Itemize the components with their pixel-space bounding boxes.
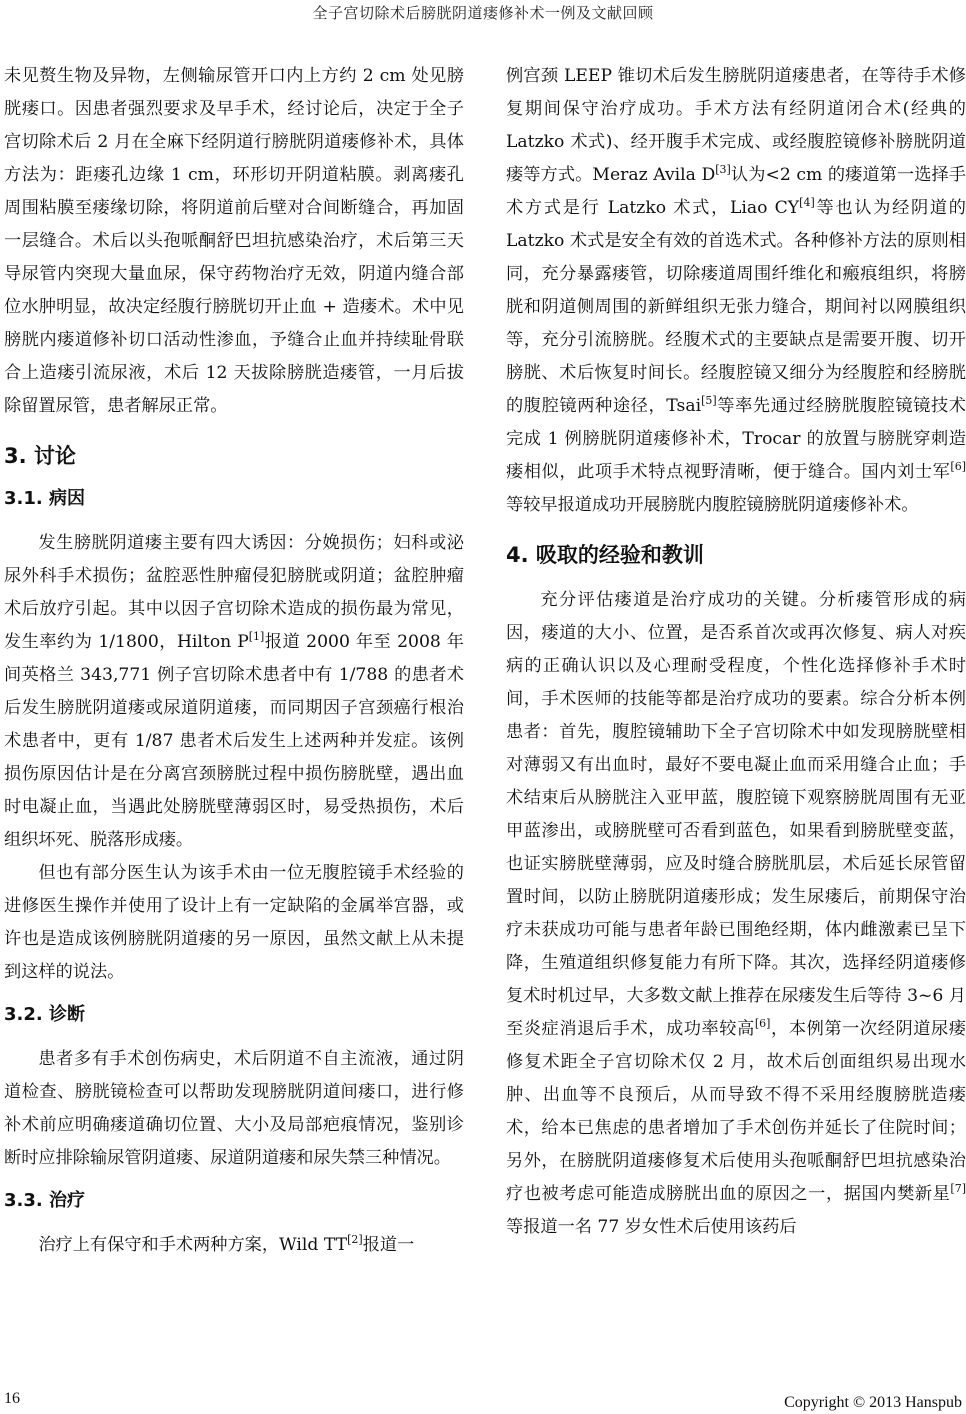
section-heading-lessons: 4. 吸取的经验和教训	[506, 540, 966, 570]
paragraph-case-continuation: 未见赘生物及异物，左侧输尿管开口内上方约 2 cm 处见膀胱瘘口。因患者强烈要求…	[4, 60, 464, 423]
left-column: 未见赘生物及异物，左侧输尿管开口内上方约 2 cm 处见膀胱瘘口。因患者强烈要求…	[4, 60, 464, 1262]
citation-ref-5: [5]	[701, 394, 717, 407]
citation-ref-3: [3]	[715, 163, 731, 176]
citation-ref-7: [7]	[950, 1182, 966, 1195]
text-run: 等较早报道成功开展膀胱内腹腔镜膀胱阴道瘘修补术。	[506, 495, 919, 515]
text-run: 报道 2000 年至 2008 年间英格兰 343,771 例子宫切除术患者中有…	[4, 632, 464, 850]
section-heading-discussion: 3. 讨论	[4, 441, 464, 471]
paragraph-lessons: 充分评估瘘道是治疗成功的关键。分析瘘管形成的病因，瘘道的大小、位置，是否系首次或…	[506, 584, 966, 1244]
citation-ref-6: [6]	[950, 460, 966, 473]
text-run: 等也认为经阴道的 Latzko 术式是安全有效的首选术式。各种修补方法的原则相同…	[506, 198, 966, 416]
paragraph-treatment-start: 治疗上有保守和手术两种方案，Wild TT[2]报道一	[4, 1229, 464, 1262]
paragraph-treatment-continuation: 例宫颈 LEEP 锥切术后发生膀胱阴道瘘患者，在等待手术修复期间保守治疗成功。手…	[506, 60, 966, 522]
citation-ref-1: [1]	[249, 630, 265, 643]
subsection-heading-etiology: 3.1. 病因	[4, 485, 464, 513]
text-run: 治疗上有保守和手术两种方案，Wild TT	[38, 1235, 347, 1255]
citation-ref-4: [4]	[799, 196, 815, 209]
text-run: 报道一	[363, 1235, 415, 1255]
running-header: 全子宫切除术后膀胱阴道瘘修补术一例及文献回顾	[0, 2, 966, 23]
paragraph-diagnosis: 患者多有手术创伤病史，术后阴道不自主流液，通过阴道检查、膀胱镜检查可以帮助发现膀…	[4, 1043, 464, 1175]
subsection-heading-diagnosis: 3.2. 诊断	[4, 1001, 464, 1029]
paragraph-etiology-2: 但也有部分医生认为该手术由一位无腹腔镜手术经验的进修医生操作并使用了设计上有一定…	[4, 857, 464, 989]
copyright-notice: Copyright © 2013 Hanspub	[784, 1394, 962, 1412]
page-number: 16	[4, 1390, 20, 1408]
text-run: 充分评估瘘道是治疗成功的关键。分析瘘管形成的病因，瘘道的大小、位置，是否系首次或…	[506, 590, 966, 1039]
paragraph-etiology-1: 发生膀胱阴道瘘主要有四大诱因：分娩损伤；妇科或泌尿外科手术损伤；盆腔恶性肿瘤侵犯…	[4, 527, 464, 857]
text-run: 等报道一名 77 岁女性术后使用该药后	[506, 1217, 797, 1237]
subsection-heading-treatment: 3.3. 治疗	[4, 1187, 464, 1215]
right-column: 例宫颈 LEEP 锥切术后发生膀胱阴道瘘患者，在等待手术修复期间保守治疗成功。手…	[506, 60, 966, 1244]
text-run: ，本例第一次经阴道尿瘘修复术距全子宫切除术仅 2 月，故术后创面组织易出现水肿、…	[506, 1019, 966, 1204]
citation-ref-6b: [6]	[755, 1017, 771, 1030]
citation-ref-2: [2]	[347, 1233, 363, 1246]
